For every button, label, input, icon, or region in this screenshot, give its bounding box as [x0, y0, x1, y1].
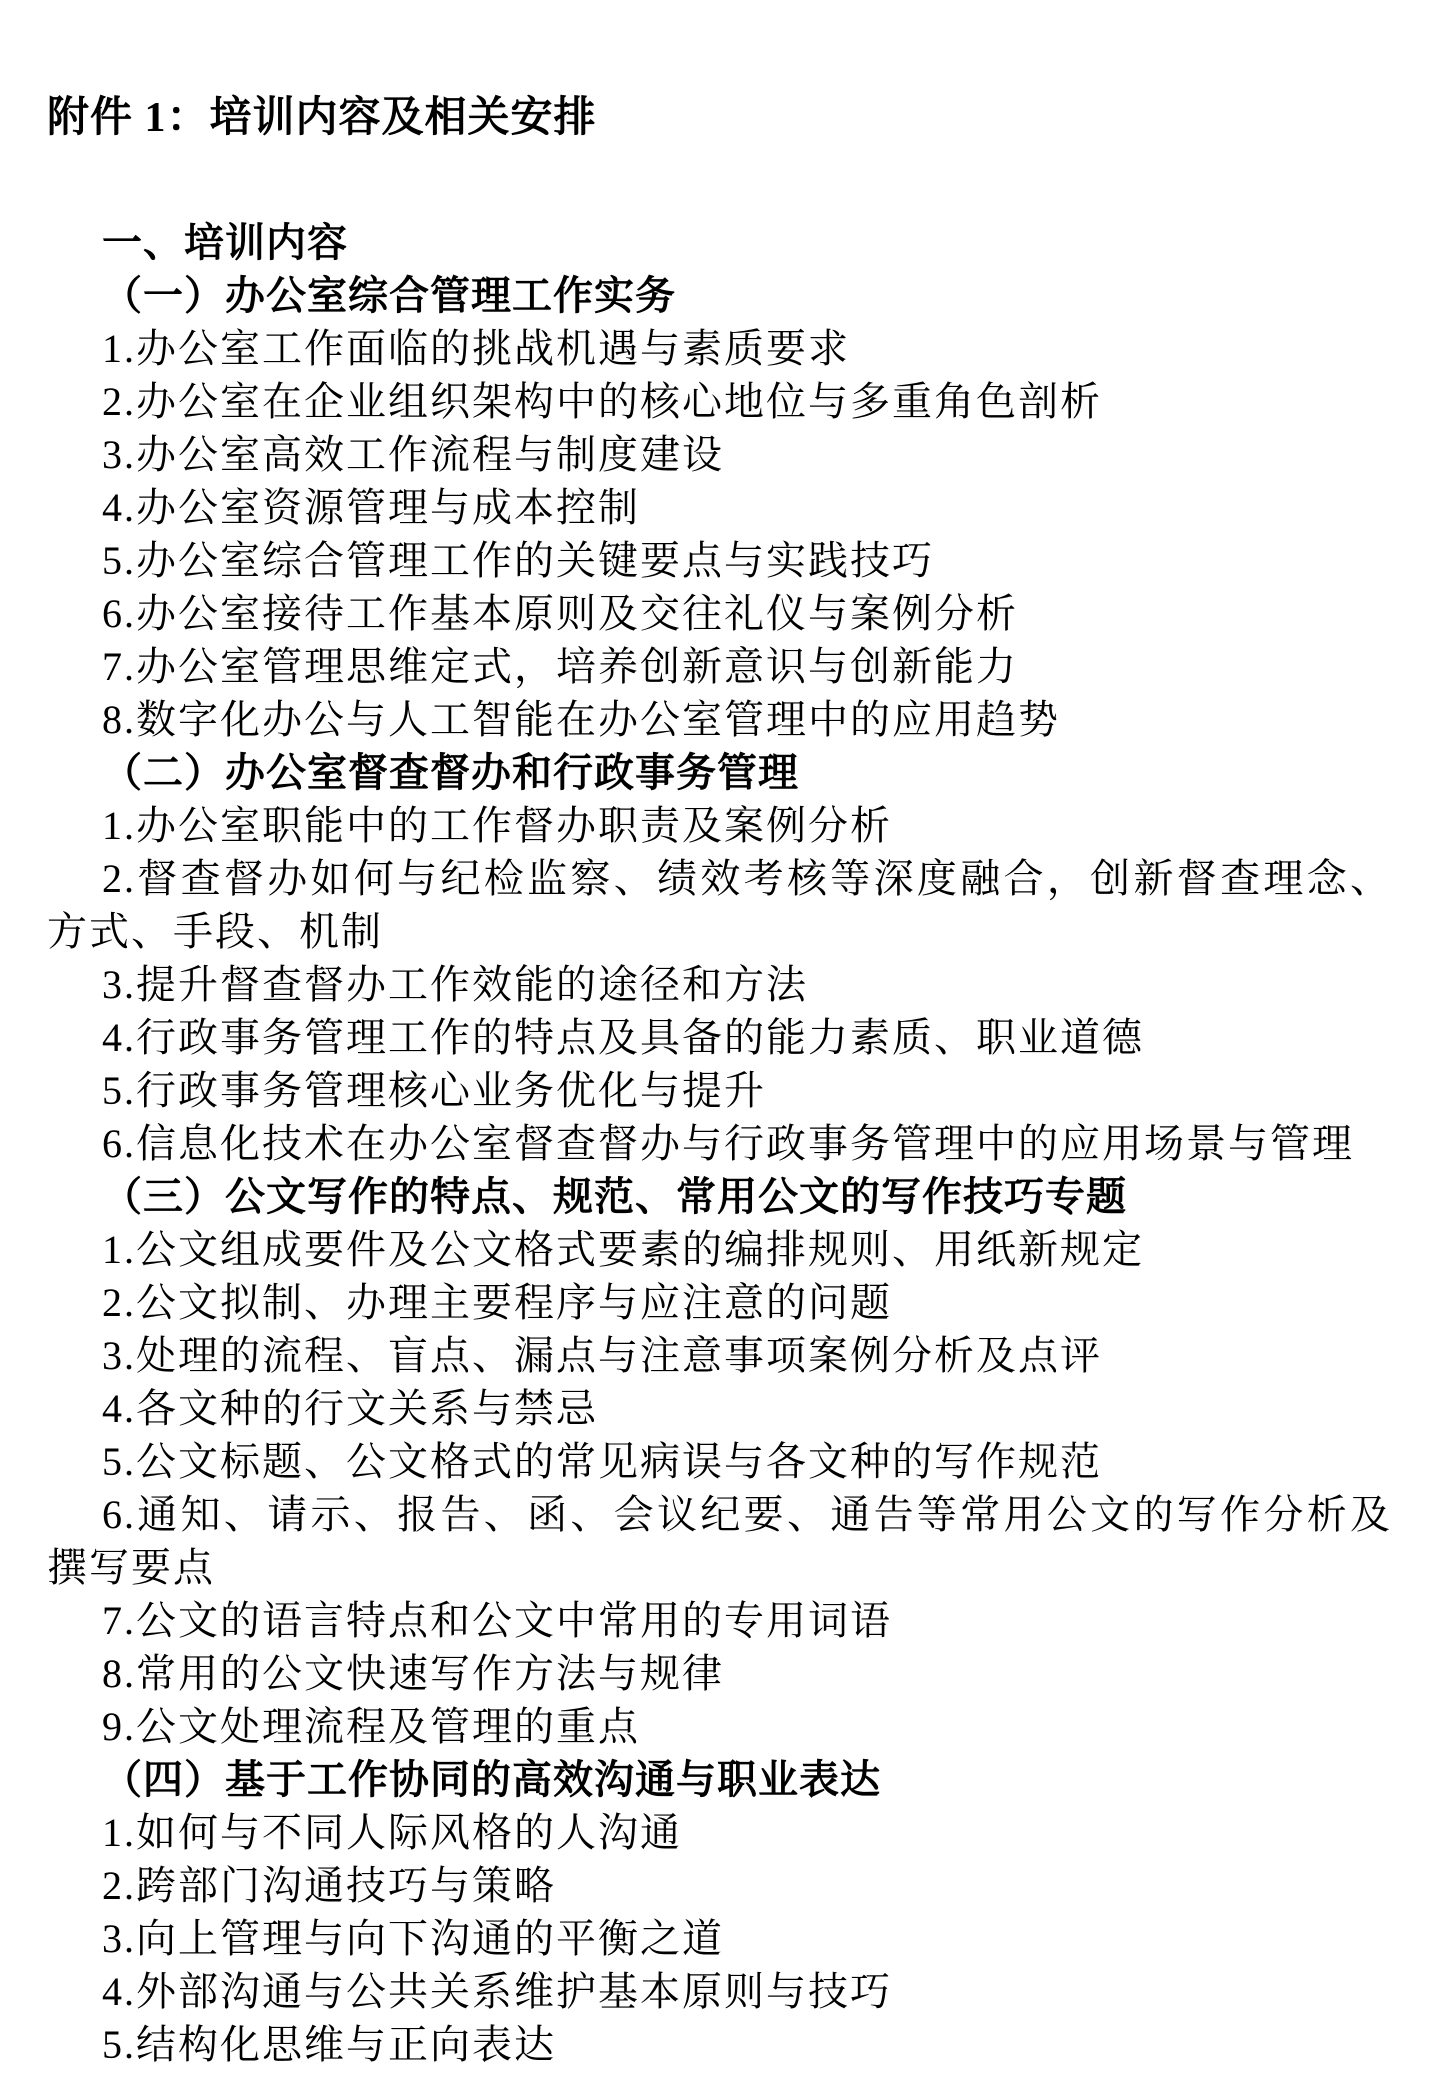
section-items: 1.办公室职能中的工作督办职责及案例分析 2.督查督办如何与纪检监察、绩效考核等…: [47, 799, 1392, 1170]
list-item: 8.常用的公文快速写作方法与规律: [47, 1647, 1392, 1700]
list-item: 3.向上管理与向下沟通的平衡之道: [47, 1912, 1392, 1965]
list-item: 4.行政事务管理工作的特点及具备的能力素质、职业道德: [47, 1011, 1392, 1064]
list-item: 7.办公室管理思维定式，培养创新意识与创新能力: [47, 640, 1392, 693]
list-item: 1.公文组成要件及公文格式要素的编排规则、用纸新规定: [47, 1223, 1392, 1276]
section-heading: （四）基于工作协同的高效沟通与职业表达: [47, 1753, 1392, 1806]
section-heading: （一）办公室综合管理工作实务: [47, 269, 1392, 322]
list-item: 1.办公室工作面临的挑战机遇与素质要求: [47, 322, 1392, 375]
list-item: 4.办公室资源管理与成本控制: [47, 481, 1392, 534]
list-item: 6.办公室接待工作基本原则及交往礼仪与案例分析: [47, 587, 1392, 640]
section-items: 1.如何与不同人际风格的人沟通 2.跨部门沟通技巧与策略 3.向上管理与向下沟通…: [47, 1806, 1392, 2071]
attachment-title: 附件 1：培训内容及相关安排: [47, 88, 1392, 148]
list-item: 1.如何与不同人际风格的人沟通: [47, 1806, 1392, 1859]
list-item: 3.办公室高效工作流程与制度建设: [47, 428, 1392, 481]
sections-container: （一）办公室综合管理工作实务 1.办公室工作面临的挑战机遇与素质要求 2.办公室…: [47, 269, 1392, 2071]
list-item: 2.公文拟制、办理主要程序与应注意的问题: [47, 1276, 1392, 1329]
section-items: 1.办公室工作面临的挑战机遇与素质要求 2.办公室在企业组织架构中的核心地位与多…: [47, 322, 1392, 746]
list-item: 4.外部沟通与公共关系维护基本原则与技巧: [47, 1965, 1392, 2018]
list-item: 1.办公室职能中的工作督办职责及案例分析: [47, 799, 1392, 852]
training-section: （三）公文写作的特点、规范、常用公文的写作技巧专题 1.公文组成要件及公文格式要…: [47, 1170, 1392, 1753]
list-item: 5.结构化思维与正向表达: [47, 2018, 1392, 2071]
section-heading: （二）办公室督查督办和行政事务管理: [47, 746, 1392, 799]
list-item: 6.通知、请示、报告、函、会议纪要、通告等常用公文的写作分析及撰写要点: [47, 1488, 1392, 1594]
list-item: 8.数字化办公与人工智能在办公室管理中的应用趋势: [47, 693, 1392, 746]
document-body: 一、培训内容 （一）办公室综合管理工作实务 1.办公室工作面临的挑战机遇与素质要…: [47, 216, 1392, 2071]
section-items: 1.公文组成要件及公文格式要素的编排规则、用纸新规定 2.公文拟制、办理主要程序…: [47, 1223, 1392, 1753]
list-item: 2.跨部门沟通技巧与策略: [47, 1859, 1392, 1912]
document-page: 附件 1：培训内容及相关安排 一、培训内容 （一）办公室综合管理工作实务 1.办…: [0, 0, 1437, 2095]
training-section: （四）基于工作协同的高效沟通与职业表达 1.如何与不同人际风格的人沟通 2.跨部…: [47, 1753, 1392, 2071]
main-heading: 一、培训内容: [47, 216, 1392, 269]
list-item: 2.办公室在企业组织架构中的核心地位与多重角色剖析: [47, 375, 1392, 428]
list-item: 5.公文标题、公文格式的常见病误与各文种的写作规范: [47, 1435, 1392, 1488]
list-item: 3.提升督查督办工作效能的途径和方法: [47, 958, 1392, 1011]
list-item: 7.公文的语言特点和公文中常用的专用词语: [47, 1594, 1392, 1647]
list-item: 3.处理的流程、盲点、漏点与注意事项案例分析及点评: [47, 1329, 1392, 1382]
training-section: （一）办公室综合管理工作实务 1.办公室工作面临的挑战机遇与素质要求 2.办公室…: [47, 269, 1392, 746]
list-item: 2.督查督办如何与纪检监察、绩效考核等深度融合，创新督查理念、方式、手段、机制: [47, 852, 1392, 958]
list-item: 4.各文种的行文关系与禁忌: [47, 1382, 1392, 1435]
section-heading: （三）公文写作的特点、规范、常用公文的写作技巧专题: [47, 1170, 1392, 1223]
list-item: 5.行政事务管理核心业务优化与提升: [47, 1064, 1392, 1117]
list-item: 9.公文处理流程及管理的重点: [47, 1700, 1392, 1753]
list-item: 5.办公室综合管理工作的关键要点与实践技巧: [47, 534, 1392, 587]
list-item: 6.信息化技术在办公室督查督办与行政事务管理中的应用场景与管理: [47, 1117, 1392, 1170]
training-section: （二）办公室督查督办和行政事务管理 1.办公室职能中的工作督办职责及案例分析 2…: [47, 746, 1392, 1170]
